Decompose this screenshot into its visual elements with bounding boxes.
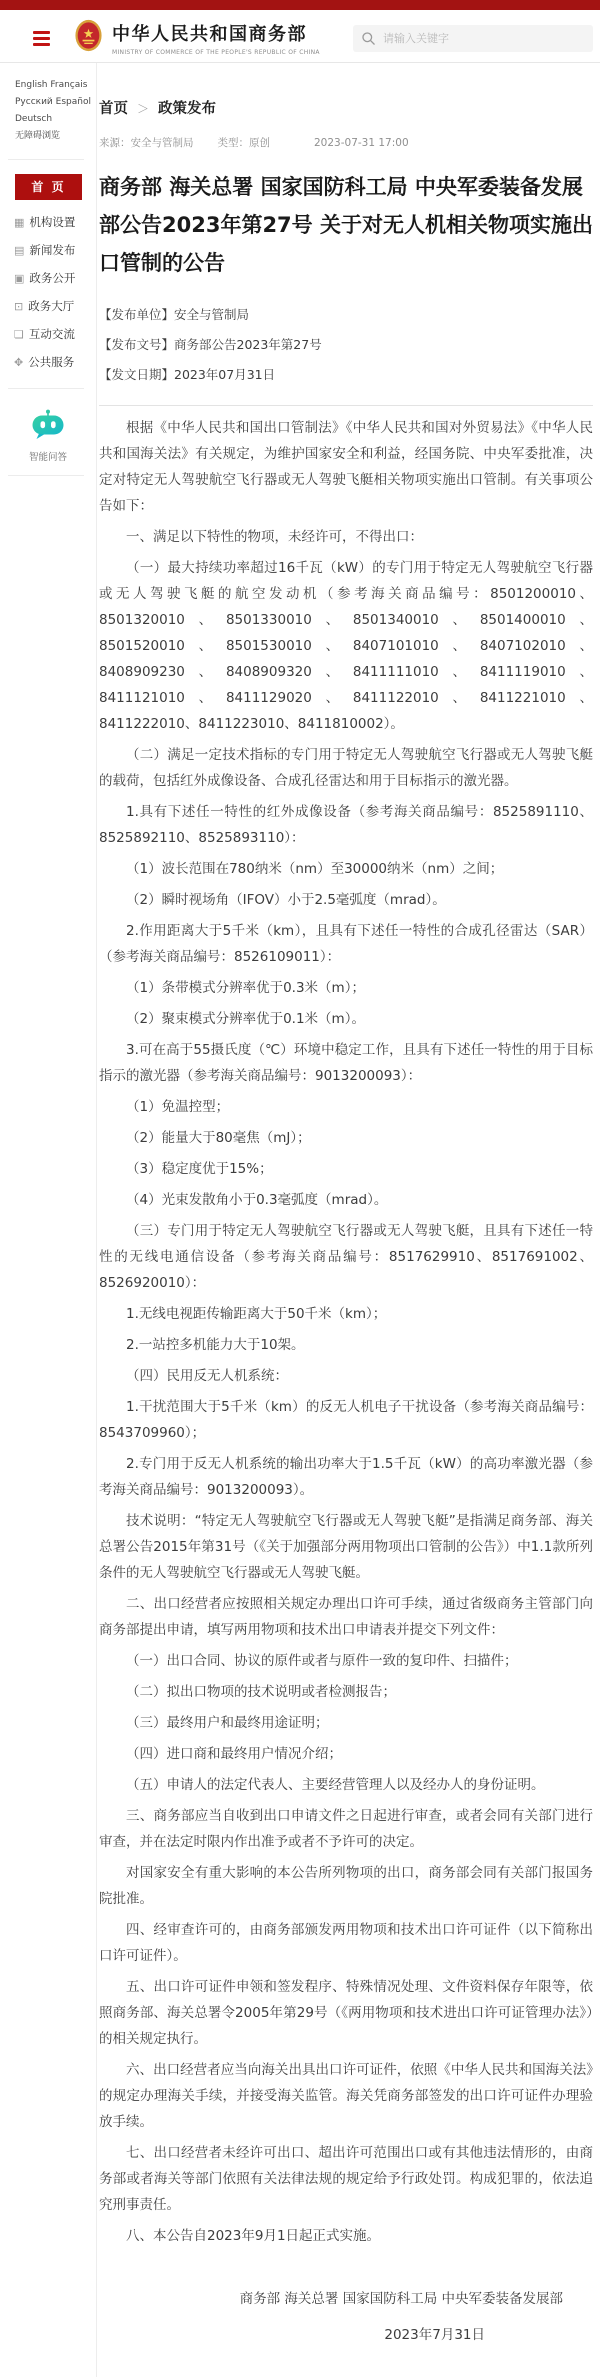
article-paragraph: （1）波长范围在780纳米（nm）至30000纳米（nm）之间；	[99, 856, 593, 882]
article-paragraph: （1）免温控型；	[99, 1094, 593, 1120]
menu-item-label: 新闻发布	[29, 242, 75, 258]
article-paragraph: （2）瞬时视场角（IFOV）小于2.5毫弧度（mrad）。	[99, 887, 593, 913]
sidebar-item-gov-info[interactable]: ▣ 政务公开	[14, 264, 96, 292]
language-switcher: English FrançaisРусский EspañolDeutsch无障…	[0, 75, 96, 149]
sidebar-divider	[8, 388, 84, 389]
article-source: 来源：安全与管制局	[99, 137, 194, 149]
search-icon	[361, 31, 376, 46]
menu-item-label: 公共服务	[28, 354, 74, 370]
article-paragraph: 七、出口经营者未经许可出口、超出许可范围出口或有其他违法情形的，由商务部或者海关…	[99, 2140, 593, 2218]
signature-date: 2023年7月31日	[99, 2323, 593, 2343]
article-paragraph: 3.可在高于55摄氏度（℃）环境中稳定工作，且具有下述任一特性的用于目标指示的激…	[99, 1037, 593, 1089]
sidebar-item-home[interactable]: 首 页	[15, 174, 82, 200]
language-link[interactable]: Русский Español	[15, 94, 92, 111]
article-meta-row: 来源：安全与管制局类型：原创2023-07-31 17:00	[99, 135, 593, 150]
page-title: 商务部 海关总署 国家国防科工局 中央军委装备发展部公告2023年第27号 关于…	[99, 168, 593, 282]
sidebar-item-organization[interactable]: ▦ 机构设置	[14, 208, 96, 236]
article-paragraph: （四）民用反无人机系统：	[99, 1363, 593, 1389]
top-accent-bar	[0, 0, 600, 10]
menu-item-icon: ▣	[14, 273, 24, 284]
smart-qa-label: 智能问答	[0, 449, 96, 463]
article-paragraph: 2.作用距离大于5千米（km），且具有下述任一特性的合成孔径雷达（SAR）（参考…	[99, 918, 593, 970]
smart-qa-widget[interactable]: 智能问答	[0, 399, 96, 465]
doc-meta-line: 【发文日期】2023年07月31日	[99, 360, 593, 390]
menu-item-label: 政务大厅	[28, 298, 74, 314]
language-link[interactable]: Deutsch	[15, 111, 92, 128]
article-paragraph: 1.无线电视距传输距离大于50千米（km）；	[99, 1301, 593, 1327]
article-paragraph: 四、经审查许可的，由商务部颁发两用物项和技术出口许可证件（以下简称出口许可证件）…	[99, 1917, 593, 1969]
document-meta-block: 【发布单位】安全与管制局【发布文号】商务部公告2023年第27号【发文日期】20…	[99, 300, 593, 390]
menu-item-icon: ▦	[14, 217, 24, 228]
sidebar-divider	[8, 475, 84, 476]
article-paragraph: （一）出口合同、协议的原件或者与原件一致的复印件、扫描件；	[99, 1648, 593, 1674]
article-paragraph: （三）专门用于特定无人驾驶航空飞行器或无人驾驶飞艇，且具有下述任一特性的无线电通…	[99, 1218, 593, 1296]
sidebar-item-interaction[interactable]: ❏ 互动交流	[14, 320, 96, 348]
site-brand: 中华人民共和国商务部 MINISTRY OF COMMERCE OF THE P…	[112, 25, 320, 56]
article-paragraph: （三）最终用户和最终用途证明；	[99, 1710, 593, 1736]
menu-item-label: 机构设置	[29, 214, 75, 230]
sidebar-item-public-service[interactable]: ✥ 公共服务	[14, 348, 96, 376]
article-paragraph: （1）条带模式分辨率优于0.3米（m）；	[99, 975, 593, 1001]
article-paragraph: （一）最大持续功率超过16千瓦（kW）的专门用于特定无人驾驶航空飞行器或无人驾驶…	[99, 555, 593, 737]
article-paragraph: （3）稳定度优于15%；	[99, 1156, 593, 1182]
search-box[interactable]	[353, 25, 593, 52]
article-type: 类型：原创	[218, 137, 271, 149]
menu-item-label: 互动交流	[29, 326, 75, 342]
article-body: 根据《中华人民共和国出口管制法》《中华人民共和国对外贸易法》《中华人民共和国海关…	[99, 415, 593, 2249]
article-paragraph: 根据《中华人民共和国出口管制法》《中华人民共和国对外贸易法》《中华人民共和国海关…	[99, 415, 593, 519]
article-paragraph: 六、出口经营者应当向海关出具出口许可证件，依照《中华人民共和国海关法》的规定办理…	[99, 2057, 593, 2135]
article-paragraph: 二、出口经营者应按照相关规定办理出口许可手续，通过省级商务主管部门向商务部提出申…	[99, 1591, 593, 1643]
signature: 商务部 海关总署 国家国防科工局 中央军委装备发展部	[99, 2287, 593, 2307]
sidebar-item-service-hall[interactable]: ⊡ 政务大厅	[14, 292, 96, 320]
sidebar-divider	[8, 159, 84, 160]
site-title: 中华人民共和国商务部	[112, 25, 320, 45]
doc-meta-line: 【发布单位】安全与管制局	[99, 300, 593, 330]
article-paragraph: 三、商务部应当自收到出口申请文件之日起进行审查，或者会同有关部门进行审查，并在法…	[99, 1803, 593, 1855]
content-divider	[99, 405, 593, 406]
article-area: 首页＞政策发布 来源：安全与管制局类型：原创2023-07-31 17:00 商…	[97, 63, 600, 2377]
breadcrumb-separator-icon: ＞	[137, 102, 149, 116]
article-paragraph: 八、本公告自2023年9月1日起正式实施。	[99, 2223, 593, 2249]
article-paragraph: 1.干扰范围大于5千米（km）的反无人机电子干扰设备（参考海关商品编号：8543…	[99, 1394, 593, 1446]
menu-item-icon: ❏	[14, 329, 24, 340]
sidebar: English FrançaisРусский EspañolDeutsch无障…	[0, 63, 97, 2377]
article-paragraph: 五、出口许可证件申领和签发程序、特殊情况处理、文件资料保存年限等，依照商务部、海…	[99, 1974, 593, 2052]
article-paragraph: （五）申请人的法定代表人、主要经营管理人以及经办人的身份证明。	[99, 1772, 593, 1798]
breadcrumb-policy-link[interactable]: 政策发布	[158, 101, 216, 117]
article-paragraph: 2.专门用于反无人机系统的输出功率大于1.5千瓦（kW）的高功率激光器（参考海关…	[99, 1451, 593, 1503]
menu-icon[interactable]	[33, 31, 50, 49]
page: 中华人民共和国商务部 MINISTRY OF COMMERCE OF THE P…	[0, 0, 600, 2377]
breadcrumb: 首页＞政策发布	[99, 97, 593, 118]
menu-item-icon: ▤	[14, 245, 24, 256]
menu-item-icon: ⊡	[14, 301, 23, 312]
search-input[interactable]	[383, 32, 585, 45]
article-paragraph: （4）光束发散角小于0.3毫弧度（mrad）。	[99, 1187, 593, 1213]
article-datetime: 2023-07-31 17:00	[314, 137, 409, 149]
sidebar-item-news[interactable]: ▤ 新闻发布	[14, 236, 96, 264]
menu-item-icon: ✥	[14, 357, 23, 368]
article-paragraph: （四）进口商和最终用户情况介绍；	[99, 1741, 593, 1767]
breadcrumb-home-link[interactable]: 首页	[99, 101, 128, 117]
menu-item-label: 政务公开	[29, 270, 75, 286]
article-paragraph: 对国家安全有重大影响的本公告所列物项的出口，商务部会同有关部门报国务院批准。	[99, 1860, 593, 1912]
article-paragraph: （2）能量大于80毫焦（mJ）；	[99, 1125, 593, 1151]
article-paragraph: （二）拟出口物项的技术说明或者检测报告；	[99, 1679, 593, 1705]
robot-chat-icon	[30, 409, 66, 440]
language-link[interactable]: 无障碍浏览	[15, 128, 92, 145]
sidebar-menu: ▦ 机构设置 ▤ 新闻发布 ▣ 政务公开 ⊡ 政务大厅 ❏ 互动交流 ✥ 公共服…	[0, 204, 96, 378]
site-header: 中华人民共和国商务部 MINISTRY OF COMMERCE OF THE P…	[0, 10, 600, 63]
doc-meta-line: 【发布文号】商务部公告2023年第27号	[99, 330, 593, 360]
site-subtitle: MINISTRY OF COMMERCE OF THE PEOPLE'S REP…	[112, 49, 320, 56]
article-paragraph: （2）聚束模式分辨率优于0.1米（m）。	[99, 1006, 593, 1032]
article-paragraph: （二）满足一定技术指标的专门用于特定无人驾驶航空飞行器或无人驾驶飞艇的载荷，包括…	[99, 742, 593, 794]
article-paragraph: 1.具有下述任一特性的红外成像设备（参考海关商品编号：8525891110、85…	[99, 799, 593, 851]
national-emblem-logo	[75, 19, 102, 56]
language-link[interactable]: English Français	[15, 77, 92, 94]
article-paragraph: 一、满足以下特性的物项，未经许可，不得出口：	[99, 524, 593, 550]
article-paragraph: 2.一站控多机能力大于10架。	[99, 1332, 593, 1358]
article-paragraph: 技术说明：“特定无人驾驶航空飞行器或无人驾驶飞艇”是指满足商务部、海关总署公告2…	[99, 1508, 593, 1586]
